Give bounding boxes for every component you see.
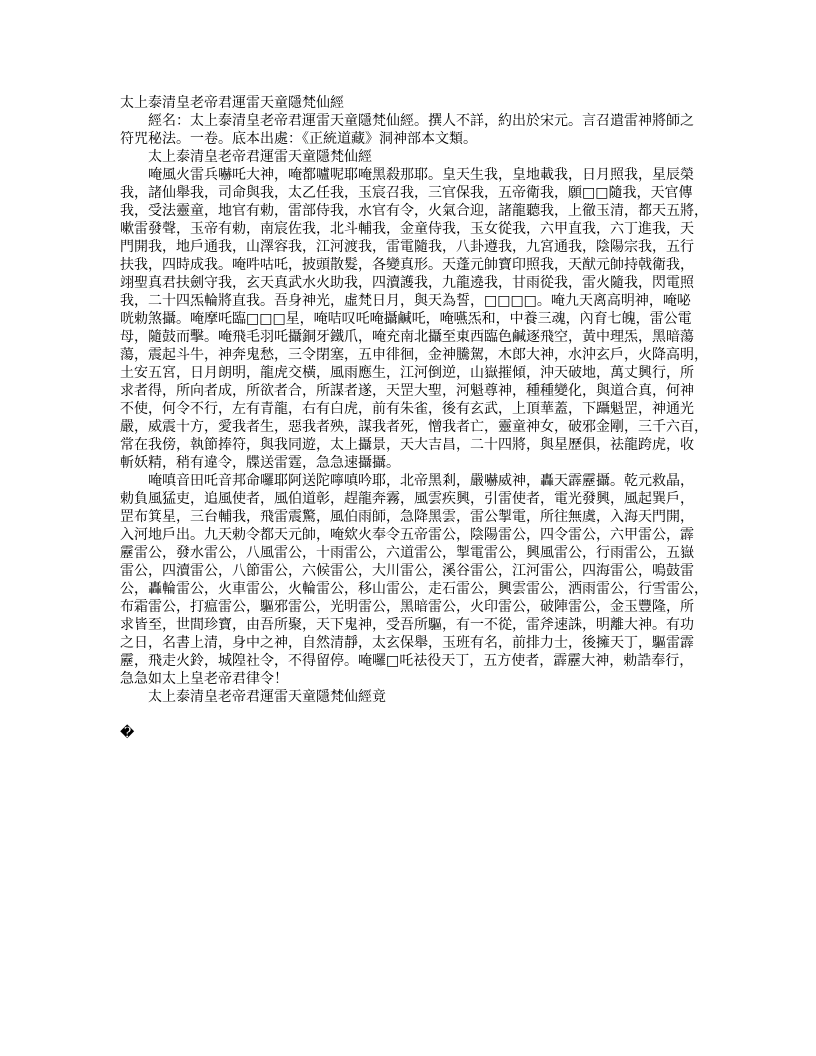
text-line: 我，受法靈童，地官有勅，雷部侍我，水官有令，火氣合迎，諸龍聽我，上徹玉清，都天五… <box>120 202 710 220</box>
text-line: 唵風火雷兵嚇吒大神，唵都嚧呢耶唵黑殺那耶。皇天生我，皇地載我，日月照我，星辰榮 <box>120 166 710 184</box>
text-line: 嚴，威震十方，愛我者生，惡我者殃，謀我者死，憎我者亡，靈童神女，破邪金剛，三千六… <box>120 418 710 436</box>
document-title-paragraph: 太上泰清皇老帝君運雷天童隱梵仙經 <box>120 94 710 112</box>
blank-line <box>120 706 710 724</box>
text-line: 翊聖真君扶劍守我，玄天真武水火助我，四瀆護我，九龍遶我，甘雨從我，雷火隨我，閃電… <box>120 274 710 292</box>
text-line: 靂，飛走火鈴，城隍社令，不得留停。唵囉□吒祛役天丁，五方使者，霹靂大神，勅誥奉行… <box>120 652 710 670</box>
text-line: 嗽雷發聲，玉帝有勅，南宸佐我，北斗輔我，金童侍我，玉女從我，六甲直我，六丁進我，… <box>120 220 710 238</box>
text-line: 斬妖精，稍有違令，牒送雷霆，急急速攝攝。 <box>120 454 710 472</box>
incantation-paragraph-1: 唵風火雷兵嚇吒大神，唵都嚧呢耶唵黑殺那耶。皇天生我，皇地載我，日月照我，星辰榮 … <box>120 166 710 472</box>
document-title: 太上泰清皇老帝君運雷天童隱梵仙經 <box>120 94 710 112</box>
text-line: 靂雷公，發水雷公，八風雷公，十雨雷公，六道雷公，掣電雷公，興風雷公，行雨雷公，五… <box>120 544 710 562</box>
text-line: 求者得，所向者成，所欲者合，所謀者遂，天罡大聖，河魁尊神，種種變化，與道合真，何… <box>120 382 710 400</box>
incantation-paragraph-2: 唵嗔音田吒音邦命囉耶阿送陀嚀嗔吟耶，北帝黑剎，嚴嚇威神，轟天霹靂攝。乾元救晶， … <box>120 472 710 688</box>
closing-line: 太上泰清皇老帝君運雷天童隱梵仙經竟 <box>120 688 710 706</box>
text-line: 勅負風猛吏，追風使者，風伯道彰，趕龍奔霧，風雲疾興，引雷使者，電光發興，風起巽戶… <box>120 490 710 508</box>
text-line: 咣勅煞攝。唵摩吒臨□□□星，唵咭叹吒唵攝鹹吒，唵嚥炁和，中養三魂，內育七魄，雷公… <box>120 310 710 328</box>
text-line: 雷公，四瀆雷公，八節雷公，六候雷公，大川雷公，溪谷雷公，江河雷公，四海雷公，鳴鼓… <box>120 562 710 580</box>
text-line: 母，隨鼓而擊。唵飛毛羽吒攝銅牙鐵爪，唵充南北攝至東西臨色鹹逐飛空，黃中理炁，黑暗… <box>120 328 710 346</box>
section-heading-paragraph: 太上泰清皇老帝君運雷天童隱梵仙經 <box>120 148 710 166</box>
section-heading: 太上泰清皇老帝君運雷天童隱梵仙經 <box>120 148 710 166</box>
text-line: 急急如太上皇老帝君律令！ <box>120 670 710 688</box>
text-line: 布霜雷公，打瘟雷公，驅邪雷公，光明雷公，黑暗雷公，火印雷公，破陣雷公，金玉豐隆，… <box>120 598 710 616</box>
text-line: 求皆至，世間珍寶，由吾所聚，天下鬼神，受吾所驅，有一不從，雷斧速誅，明離大神。有… <box>120 616 710 634</box>
text-line: 罡布箕星，三台輔我，飛雷震驚，風伯雨師，急降黑雲，雷公掣電，所往無虞，入海天門開… <box>120 508 710 526</box>
text-line: 我，二十四炁輪將直我。吾身神光，虛梵日月，與天為誓，□□□□。唵九天离高明神，唵… <box>120 292 710 310</box>
closing-paragraph: 太上泰清皇老帝君運雷天童隱梵仙經竟 <box>120 688 710 706</box>
text-line: 唵嗔音田吒音邦命囉耶阿送陀嚀嗔吟耶，北帝黑剎，嚴嚇威神，轟天霹靂攝。乾元救晶， <box>120 472 710 490</box>
text-line: 扶我，四時成我。唵吽咕吒，披頭散髮，各變真形。天蓬元帥寶印照我，天猷元帥持戟衛我… <box>120 256 710 274</box>
text-line: 符咒秘法。一卷。底本出處：《正統道藏》洞神部本文類。 <box>120 130 710 148</box>
text-line: 門開我，地戶通我，山澤容我，江河渡我，雷電隨我，八卦遵我，九宮通我，陰陽宗我，五… <box>120 238 710 256</box>
text-line: 常在我傍，執節捧符，與我同遊，太上攝景，天大吉昌，二十四將，與星歷俱，祛龍跨虎，… <box>120 436 710 454</box>
text-line: 公，轟輪雷公，火車雷公，火輪雷公，移山雷公，走石雷公，興雲雷公，洒雨雷公，行雪雷… <box>120 580 710 598</box>
document-body: 太上泰清皇老帝君運雷天童隱梵仙經 經名：太上泰清皇老帝君運雷天童隱梵仙經。撰人不… <box>120 94 710 742</box>
text-line: 不使，何令不行，左有青龍，右有白虎，前有朱雀，後有玄武，上頂華蓋，下躡魁罡，神通… <box>120 400 710 418</box>
text-line: 蕩，震起斗牛，神奔鬼愁，三令閉塞，五申徘徊，金神騰駕，木郎大神，水沖玄戶，火降高… <box>120 346 710 364</box>
replacement-character-glyph: � <box>120 724 710 742</box>
text-line: 入河地戶出。九天勅令都天元帥，唵欸火奉令五帝雷公，陰陽雷公，四令雷公，六甲雷公，… <box>120 526 710 544</box>
text-line: 土安五宮，日月朗明，龍虎交橫，風雨應生，江河倒逆，山嶽摧傾，沖天破地，萬丈興行，… <box>120 364 710 382</box>
text-line: 之日，名書上清，身中之神，自然清靜，太玄保舉，玉班有名，前排力士，後擁天丁，驅雷… <box>120 634 710 652</box>
text-line: 經名：太上泰清皇老帝君運雷天童隱梵仙經。撰人不詳，約出於宋元。言召遣雷神將師之 <box>120 112 710 130</box>
text-line: 我，諸仙舉我，司命與我，太乙任我，玉宸召我，三官保我，五帝衛我，願□□隨我，天官… <box>120 184 710 202</box>
scripture-info-paragraph: 經名：太上泰清皇老帝君運雷天童隱梵仙經。撰人不詳，約出於宋元。言召遣雷神將師之 … <box>120 112 710 148</box>
document-page: 太上泰清皇老帝君運雷天童隱梵仙經 經名：太上泰清皇老帝君運雷天童隱梵仙經。撰人不… <box>0 0 816 1056</box>
